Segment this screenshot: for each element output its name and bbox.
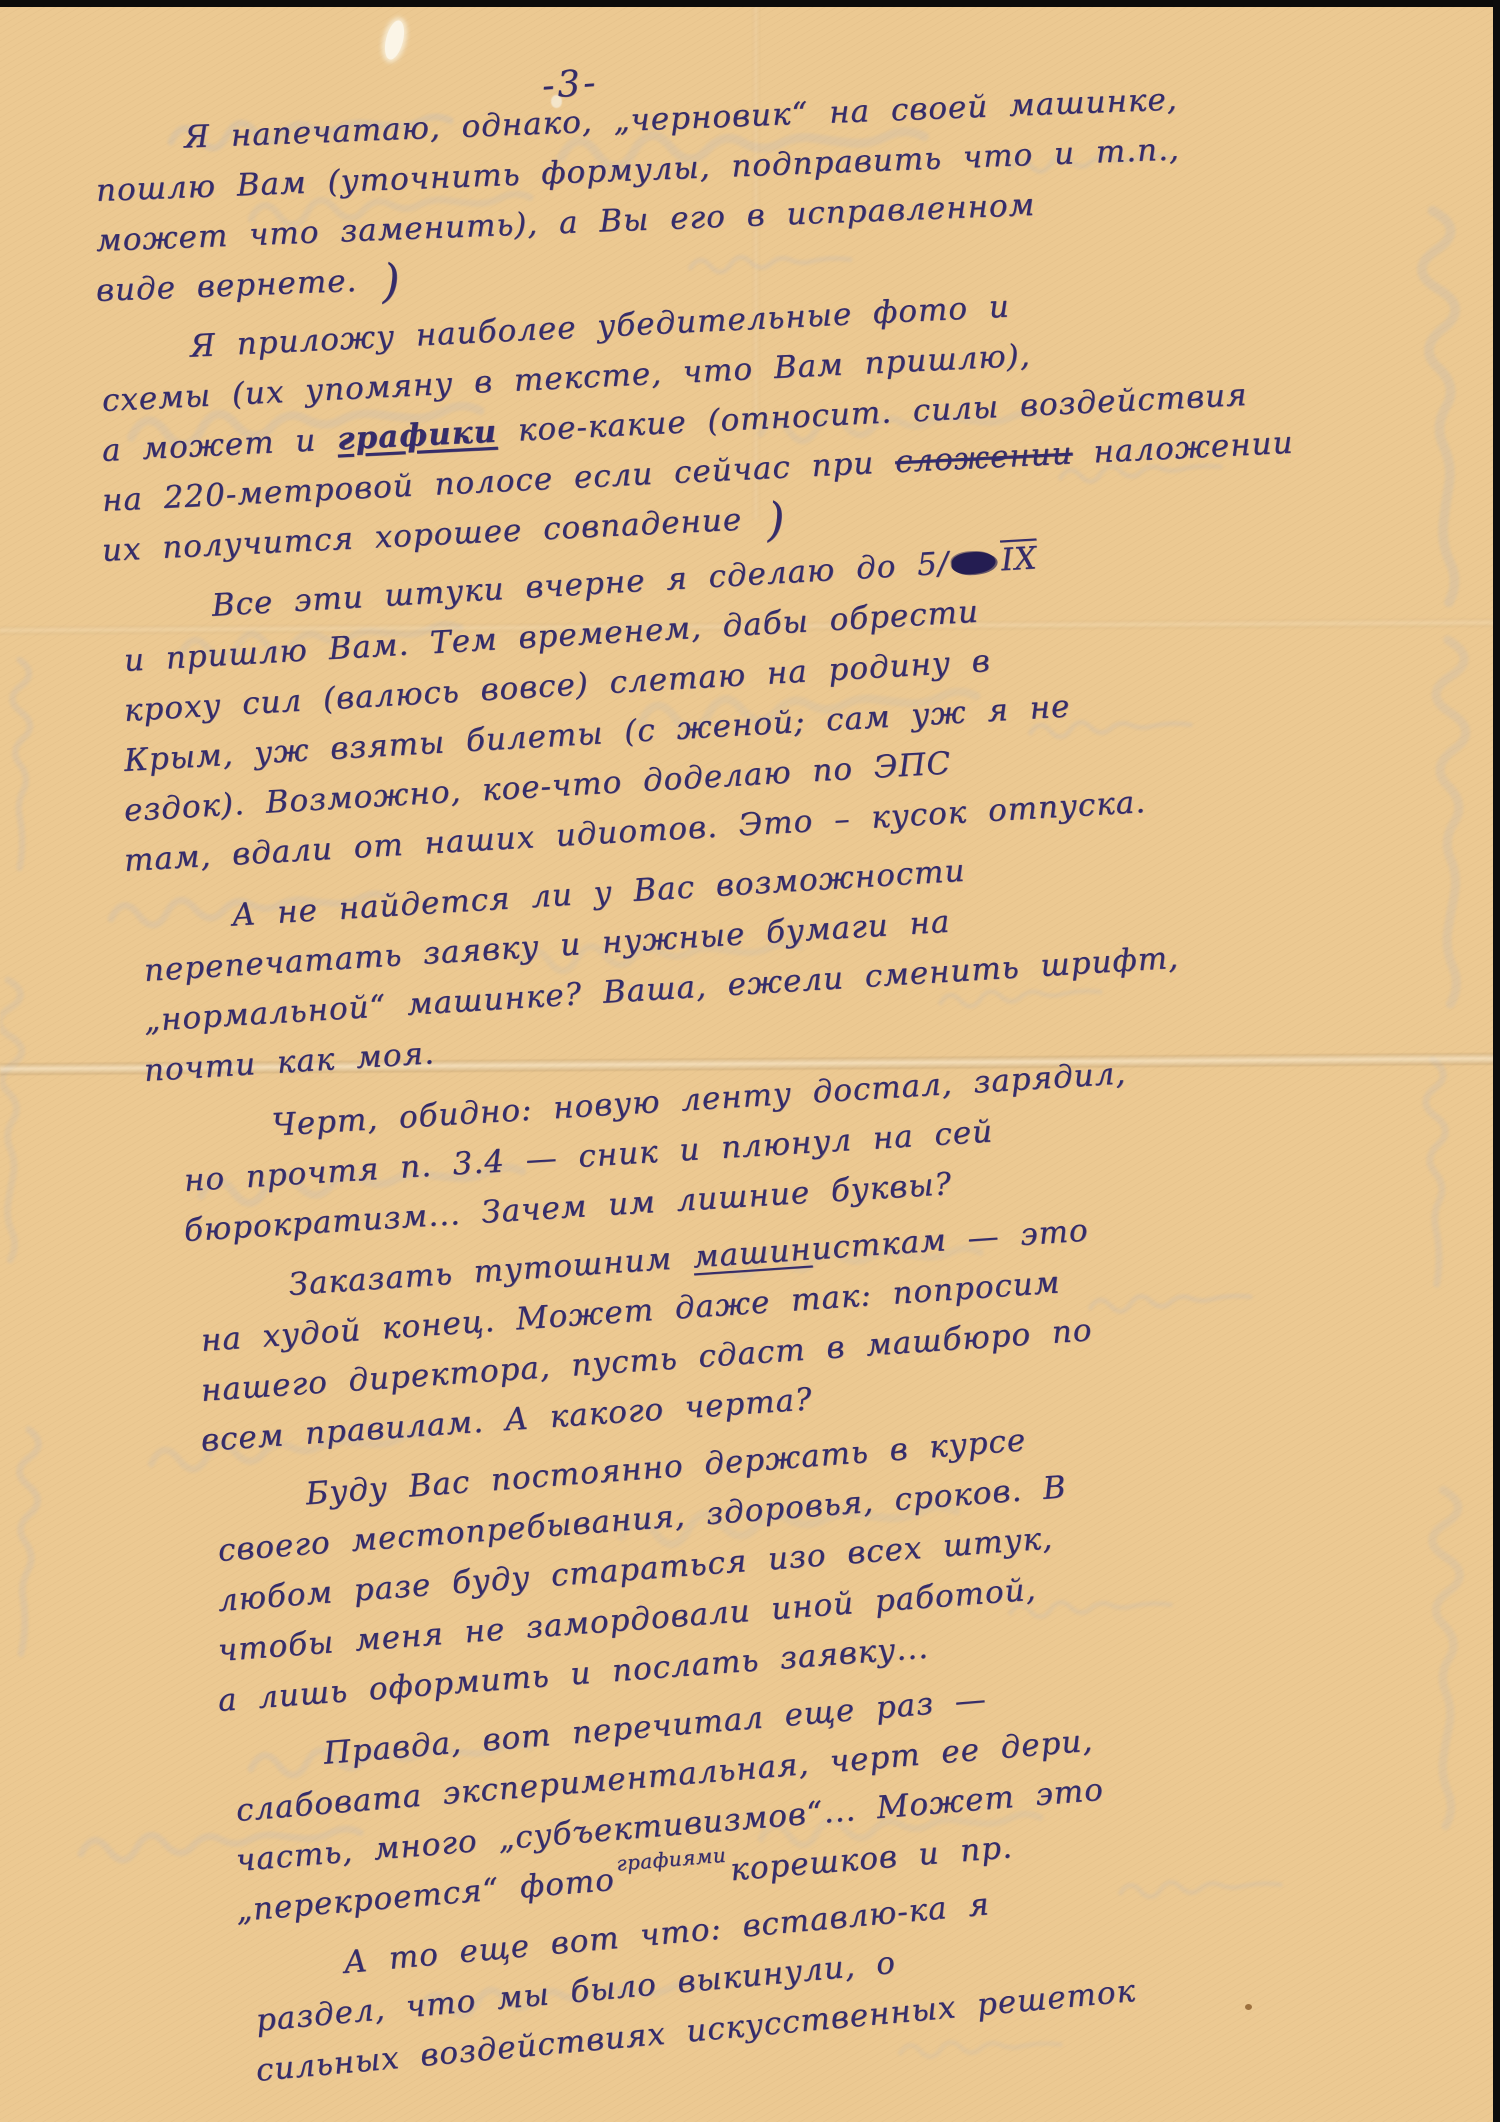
text-segment: а может и xyxy=(101,422,338,469)
letter-page: -3- Я напечатаю, однако, „черновик“ на с… xyxy=(0,0,1500,2122)
paragraph: А то еще вот что: вставлю-ка яраздел, чт… xyxy=(256,1946,1432,2096)
text-segment: виде вернете. xyxy=(95,263,358,309)
scan-edge-right xyxy=(1493,0,1500,2122)
text-segment: наложении xyxy=(1072,425,1295,472)
text-segment: ) xyxy=(741,492,786,548)
ink-blot xyxy=(951,551,996,575)
text-segment: почти как моя. xyxy=(143,1035,436,1089)
text-segment: графики xyxy=(336,414,498,458)
text-segment: машин xyxy=(692,1231,813,1275)
scan-edge-top xyxy=(0,0,1500,7)
letter-body: Я напечатаю, однако, „черновик“ на своей… xyxy=(96,116,1432,2106)
text-segment: ) xyxy=(356,253,401,309)
inserted-word: графиями xyxy=(616,1855,726,1864)
paper-damage-spot xyxy=(381,19,407,62)
text-segment: IX xyxy=(1000,540,1038,578)
text-segment: сложении xyxy=(894,436,1073,481)
